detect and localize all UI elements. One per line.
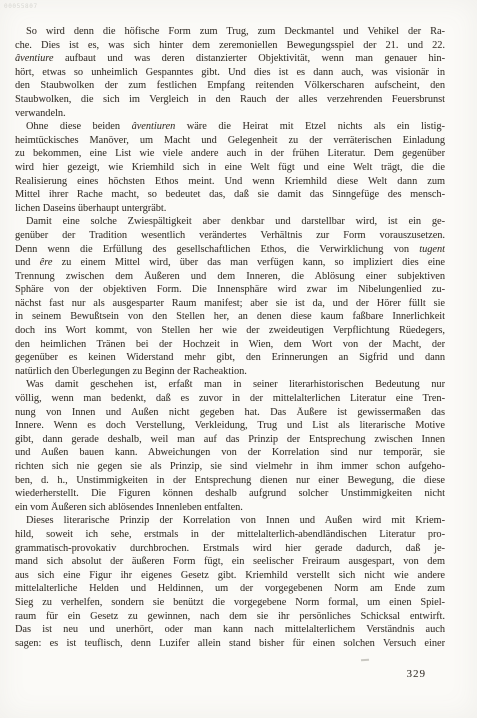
text-line: Sieg zu verhelfen, sondern sie benützt d…	[15, 597, 445, 611]
text-line: So wird denn die höfische Form zum Trug,…	[15, 26, 445, 40]
text-line: nung von Innen und Außen nicht gegeben h…	[15, 407, 445, 421]
paragraph: Dieses literarische Prinzip der Korrelat…	[15, 515, 445, 651]
text-line: raum für ein Gesetz zu gewinnen, nach de…	[15, 611, 445, 625]
text-line: ein vom Äußeren sich ablösendes Innenleb…	[15, 502, 445, 516]
scanned-page: 00055807 So wird denn die höfische Form …	[0, 0, 477, 718]
text-segment: zu einem Mittel wird, über das man verfü…	[52, 257, 445, 268]
text-line: nächst fast nur als ausgesparter Raum ma…	[15, 298, 445, 312]
text-line: genüber der Tradition wesentlich verände…	[15, 230, 445, 244]
text-line: doch ins Wort kommt, von Stellen her wie…	[15, 325, 445, 339]
scan-artifact	[361, 659, 369, 661]
text-line: âventiure aufbaut und was deren distanzi…	[15, 53, 445, 67]
text-line: gegenüber es keinen Widerstand mehr gibt…	[15, 352, 445, 366]
text-segment: und	[15, 257, 40, 268]
text-line: hild, soweit ich sehe, erstmals in der m…	[15, 529, 445, 543]
paragraph: Was damit geschehen ist, erfaßt man in s…	[15, 379, 445, 515]
page-number: 329	[407, 668, 427, 680]
text-line: zu bekommen, eine List wie viele andere …	[15, 148, 445, 162]
text-segment: Ohne diese beiden	[26, 121, 132, 132]
paragraph: So wird denn die höfische Form zum Trug,…	[15, 26, 445, 121]
italic-term: âventiuren	[132, 121, 176, 132]
paragraph: Ohne diese beiden âventiuren wäre die He…	[15, 121, 445, 216]
text-line: und êre zu einem Mittel wird, über das m…	[15, 257, 445, 271]
italic-term: êre	[40, 257, 53, 268]
text-line: Innere. Wenn es doch Verstellung, Verkle…	[15, 420, 445, 434]
text-line: hört, etwas so unheimlich Gespanntes gib…	[15, 67, 445, 81]
text-line: in seinem Bewußtsein von den Stellen her…	[15, 311, 445, 325]
text-line: Denn wenn die Erfüllung des gesellschaft…	[15, 244, 445, 258]
text-line: völlig, wenn man bedenkt, daß es zuvor i…	[15, 393, 445, 407]
text-line: richten sich nie gegen sie als Prinzip, …	[15, 461, 445, 475]
text-line: grammatisch-provokativ durchbrochen. Ers…	[15, 543, 445, 557]
text-line: ben, d. h., Unstimmigkeiten in der Entsp…	[15, 475, 445, 489]
scan-code: 00055807	[4, 3, 38, 10]
italic-term: âventiure	[15, 53, 54, 64]
text-line: wiederherstellt. Die Figuren können desh…	[15, 488, 445, 502]
text-line: Staubwolken, die sich im Vergleich in de…	[15, 94, 445, 108]
text-line: Sphäre von der objektiven Form. Die Inne…	[15, 284, 445, 298]
text-line: Mittel ihrer Rache macht, so bedeutet da…	[15, 189, 445, 203]
text-line: mand sich absolut der äußeren Form fügt,…	[15, 556, 445, 570]
text-line: sagen: es ist teuflisch, denn Luzifer al…	[15, 638, 445, 652]
text-line: Was damit geschehen ist, erfaßt man in s…	[15, 379, 445, 393]
text-line: Ohne diese beiden âventiuren wäre die He…	[15, 121, 445, 135]
italic-term: tugent	[419, 244, 445, 255]
text-line: und Außen bauen kann. Abweichungen von d…	[15, 447, 445, 461]
text-block: So wird denn die höfische Form zum Trug,…	[15, 26, 445, 651]
text-line: verwandeln.	[15, 108, 445, 122]
text-line: Realisierung eines höchsten Ethos meint.…	[15, 176, 445, 190]
text-line: aus sich eine Figur ihr eigenes Gesetz g…	[15, 570, 445, 584]
text-line: heimtückisches Manöver, um Macht und Gel…	[15, 135, 445, 149]
text-line: lichen Daseins überhaupt untergräbt.	[15, 203, 445, 217]
text-segment: Denn wenn die Erfüllung des gesellschaft…	[15, 244, 419, 255]
text-line: Damit eine solche Zwiespältigkeit aber d…	[15, 216, 445, 230]
text-segment: aufbaut und was deren distanzierter Obje…	[54, 53, 445, 64]
text-line: Dieses literarische Prinzip der Korrelat…	[15, 515, 445, 529]
text-segment: wäre die Heirat mit Etzel nichts als ein…	[175, 121, 445, 132]
text-line: den Staubwolken der zum festlichen Empfa…	[15, 80, 445, 94]
text-line: mittelalterliche Helden und Heldinnen, u…	[15, 583, 445, 597]
text-line: gibt, dann gerade deshalb, weil man auf …	[15, 434, 445, 448]
paragraph: Damit eine solche Zwiespältigkeit aber d…	[15, 216, 445, 379]
text-line: Das ist neu und unerhört, oder man kann …	[15, 624, 445, 638]
text-line: Trennung zwischen dem Äußeren und dem In…	[15, 271, 445, 285]
text-line: che. Dies ist es, was sich hinter dem ze…	[15, 40, 445, 54]
text-line: wird hier gezeigt, wie Kriemhild sich in…	[15, 162, 445, 176]
text-line: den heimlichen Tränen bei der Hochzeit i…	[15, 339, 445, 353]
text-line: natürlich den Überlegungen zu Beginn der…	[15, 366, 445, 380]
